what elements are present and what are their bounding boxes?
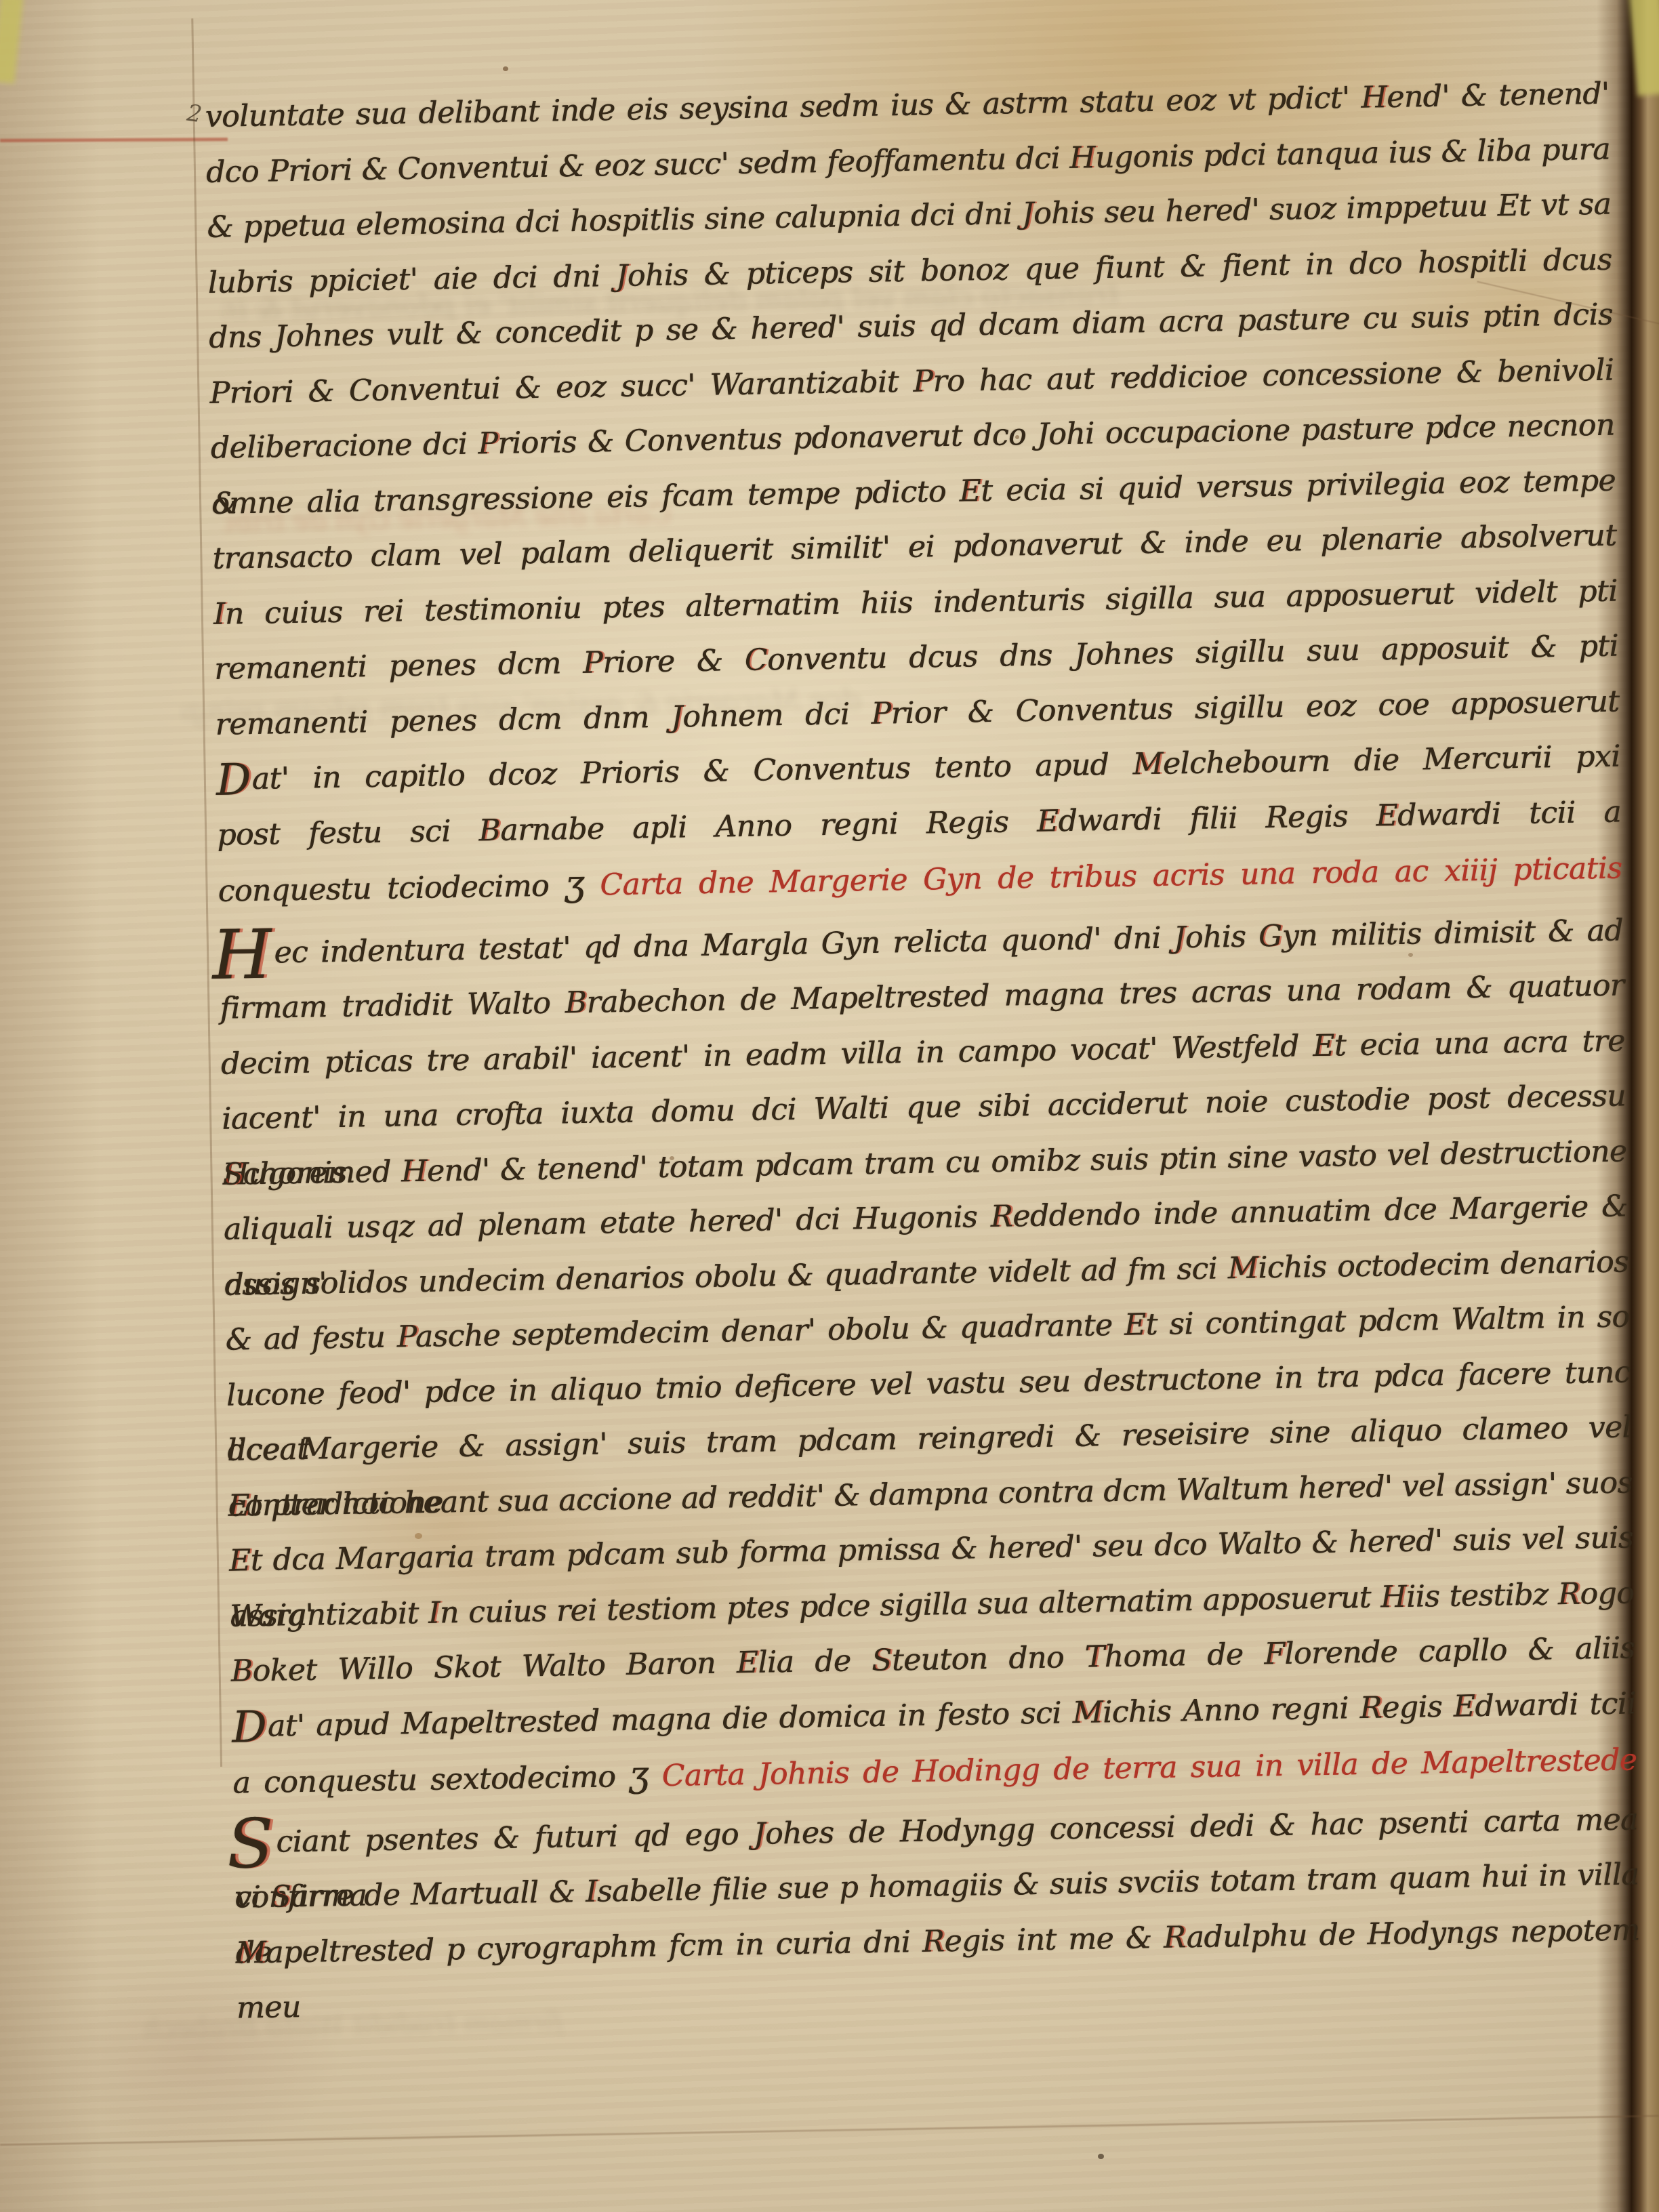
text-run: H	[1380, 1579, 1407, 1614]
text-run: ichis Anno regni	[1103, 1691, 1360, 1729]
text-block: voluntate sua delibant inde eis seysina …	[205, 66, 1640, 1981]
text-run: apeltrested p cyrographm fcm in curia dn…	[266, 1924, 922, 1969]
paragraph-mark: ʒ	[628, 1754, 649, 1795]
text-run: homa de	[1104, 1637, 1265, 1674]
text-run: lubris ppiciet' aie dci dni	[207, 258, 616, 300]
text-run: E	[1313, 1028, 1334, 1063]
text-run: E	[229, 1543, 251, 1578]
text-run: lorende capllo & aliis	[1284, 1631, 1635, 1671]
text-run: R	[1359, 1690, 1382, 1725]
text-run: dwardi tcii	[1475, 1686, 1636, 1723]
text-run: end' & tenend'	[1387, 77, 1610, 115]
text-run: P	[913, 364, 933, 398]
text-run: P	[583, 645, 603, 680]
text-run: decim pticas tre arabil' iacent' in eadm…	[220, 1029, 1313, 1082]
text-run: B	[565, 985, 587, 1021]
text-run: & ad festu	[225, 1320, 397, 1357]
text-run: oket Willo Skot Walto Baron	[252, 1645, 737, 1688]
text-run: I	[213, 596, 225, 631]
text-run: H	[1069, 140, 1096, 176]
text-run: M	[1072, 1695, 1103, 1730]
text-run: t ecia una acra tre	[1334, 1023, 1625, 1063]
text-run: ogo	[1580, 1576, 1634, 1611]
text-run: H	[1361, 80, 1387, 115]
text-run: B	[478, 813, 501, 848]
text-run: ohis	[1185, 919, 1258, 955]
text-run: E	[1124, 1307, 1145, 1343]
text-run: Warantizabit	[230, 1595, 428, 1633]
text-run: conquestu tciodecimo	[218, 868, 565, 908]
paragraph-mark: ʒ	[565, 863, 585, 904]
text-run: J	[1173, 920, 1185, 955]
text-run: aliquali usqz ad plenam etate hered' dci…	[223, 1200, 991, 1247]
text-run: B	[230, 1654, 253, 1689]
text-run: M	[1227, 1250, 1258, 1286]
text-run: ciant psentes & futuri qd ego	[276, 1816, 754, 1859]
text-run: rabechon de Mapeltrested magna tres acra…	[586, 968, 1624, 1019]
text-run: & ppetua elemosina dci hospitlis sine ca…	[207, 197, 1022, 245]
text-run: J	[753, 1816, 765, 1851]
text-run: H	[401, 1153, 428, 1189]
text-run: voluntate sua delibant inde eis seysina …	[205, 81, 1361, 134]
text-run: duos solidos undecim denarios obolu & qu…	[224, 1251, 1228, 1303]
text-run: arnabe apli Anno regni Regis	[500, 804, 1037, 847]
text-run: P	[396, 1319, 415, 1354]
foxing-speck	[503, 66, 508, 71]
text-run: F	[1264, 1637, 1285, 1671]
text-run: deliberacione dci	[210, 426, 478, 466]
text-run: E	[1453, 1689, 1475, 1724]
text-run: E	[228, 1488, 249, 1523]
text-run: P	[871, 696, 891, 731]
text-run: dco Priori & Conventui & eoz succ' sedm …	[206, 140, 1070, 189]
text-run: vi	[234, 1880, 271, 1915]
text-run: ichis octodecim denarios	[1258, 1244, 1629, 1285]
text-run: iis testibz	[1406, 1577, 1559, 1614]
crease-line-bottom	[0, 2115, 1659, 2146]
text-run: a conquestu sextodecimo	[232, 1759, 629, 1801]
rubric-heading: Carta Johnis de Hodingg de terra sua in …	[661, 1742, 1637, 1793]
text-run: firmam tradidit Walto	[220, 985, 565, 1025]
text-run: E	[736, 1645, 758, 1681]
text-run: E	[1036, 804, 1058, 839]
text-run: choremed	[243, 1154, 402, 1191]
text-run: teuton dno	[891, 1640, 1085, 1678]
text-run: at' apud Mapeltrested magna die domica i…	[267, 1696, 1072, 1744]
text-run: omne alia transgressione eis fcam tempe …	[211, 474, 960, 520]
foxing-speck	[1098, 2154, 1104, 2159]
text-run: E	[959, 474, 981, 509]
text-run: egis int me &	[944, 1920, 1164, 1958]
text-run: J	[671, 699, 683, 734]
text-run: M	[235, 1935, 266, 1970]
rubric-heading: Carta dne Margerie Gyn de tribus acris u…	[600, 851, 1622, 902]
text-run: rior & Conventus sigillu eoz coe apposue…	[890, 684, 1619, 731]
text-run: E	[1376, 798, 1397, 833]
text-run: I	[428, 1595, 441, 1630]
text-run: I	[586, 1875, 598, 1909]
text-run	[584, 867, 600, 902]
text-run: t ecia si quid versus privilegia eoz tem…	[981, 463, 1616, 508]
text-run: Priori & Conventui & eoz succ' Warantiza…	[209, 364, 914, 410]
text-run: C	[744, 642, 767, 678]
text-run	[648, 1759, 662, 1793]
text-run: remanenti penes dcm	[214, 646, 583, 687]
text-run: ohis & pticeps sit bonoz que fiunt & fie…	[627, 242, 1612, 293]
text-run: egis	[1382, 1689, 1454, 1725]
text-run: S	[222, 1157, 243, 1191]
initial-capital: D	[216, 755, 251, 806]
text-run: ohnem dci	[682, 696, 872, 734]
showthrough-text: firmam tradidit Walto Brabechon de Mapel…	[142, 2007, 563, 2045]
text-run: R	[1164, 1920, 1187, 1955]
text-run: ec indentura testat' qd dna Margla Gyn r…	[274, 920, 1174, 970]
text-run: riore &	[602, 643, 745, 680]
initial-capital: D	[231, 1702, 266, 1753]
text-run: asche septemdecim denar' obolu & quadran…	[415, 1308, 1124, 1354]
text-run: R	[922, 1924, 944, 1959]
text-run: R	[990, 1199, 1012, 1234]
text-run: J	[1021, 197, 1033, 231]
text-run: n cuius rei testiom ptes pdce sigilla su…	[439, 1580, 1380, 1630]
text-run: end' & tenend' totam pdcam tram cu omibz…	[426, 1134, 1626, 1188]
text-run: lia de	[758, 1643, 872, 1680]
text-run: S	[270, 1879, 291, 1914]
text-run: ro hac aut reddicioe concessione & beniv…	[933, 352, 1614, 398]
text-run: S	[872, 1643, 892, 1678]
text-run: yn militis dimisit & ad	[1282, 913, 1623, 953]
text-run: J	[615, 258, 628, 293]
text-run: post festu sci	[217, 813, 479, 852]
text-run: R	[1557, 1576, 1580, 1612]
text-run: elchebourn die Mercurii pxi	[1162, 739, 1620, 781]
text-run: P	[478, 426, 498, 461]
text-run: ohis seu hered' suoz imppetuu Et vt sa	[1033, 187, 1612, 231]
text-run: remanenti penes dcm dnm	[215, 699, 671, 741]
text-run: G	[1258, 918, 1282, 954]
text-run: dwardi tcii a	[1397, 794, 1622, 832]
text-run: t si contingat pdcm Waltm in so	[1145, 1299, 1630, 1342]
text-run: T	[1084, 1639, 1105, 1674]
manuscript-page: 2 Carta dne Margerie Gyn de tribus acris…	[0, 0, 1659, 2212]
text-run: at' in capitlo dcoz Prioris & Conventus …	[251, 747, 1132, 796]
text-run: dwardi filii Regis	[1058, 798, 1376, 838]
text-run: arre de Martuall &	[291, 1875, 586, 1914]
text-run: ugonis pdci tanqua ius & liba pura	[1095, 131, 1611, 175]
text-run: onventu dcus dns Johnes sigillu suu appo…	[767, 629, 1619, 678]
text-run: M	[1132, 747, 1163, 782]
backing-corner-top-left	[0, 0, 24, 83]
